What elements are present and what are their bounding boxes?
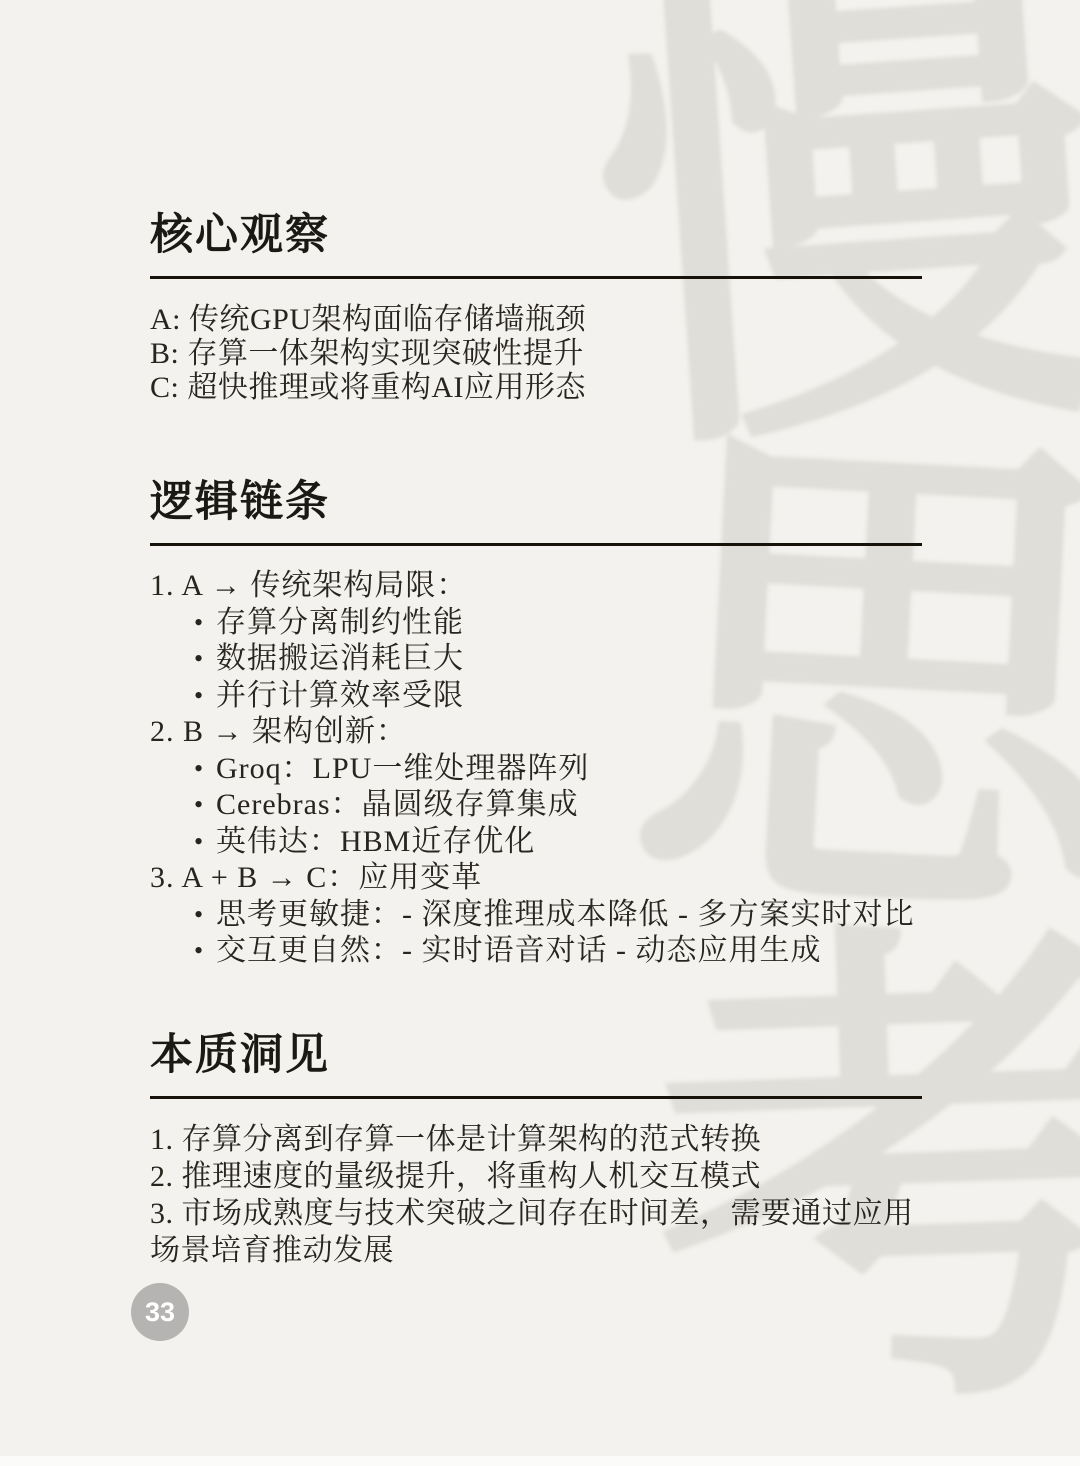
section-divider	[150, 1096, 922, 1099]
page-number: 33	[145, 1297, 175, 1328]
bullet-icon: •	[194, 751, 204, 788]
bullet-item: •Cerebras：晶圆级存算集成	[150, 787, 930, 824]
section-body: 1. A → 传统架构局限：•存算分离制约性能•数据搬运消耗巨大•并行计算效率受…	[150, 568, 930, 970]
section-essential-insights: 本质洞见 1. 存算分离到存算一体是计算架构的范式转换2. 推理速度的量级提升，…	[150, 1032, 930, 1269]
list-item: 1. A → 传统架构局限：	[150, 568, 930, 605]
section-logic-chain: 逻辑链条 1. A → 传统架构局限：•存算分离制约性能•数据搬运消耗巨大•并行…	[150, 479, 930, 970]
list-item: 2. 推理速度的量级提升，将重构人机交互模式	[150, 1158, 930, 1195]
bullet-item: •Groq：LPU一维处理器阵列	[150, 751, 930, 788]
section-divider	[150, 276, 922, 279]
bullet-item: •英伟达：HBM近存优化	[150, 824, 930, 861]
section-title: 逻辑链条	[150, 479, 930, 527]
bullet-item: •交互更自然：- 实时语音对话 - 动态应用生成	[150, 933, 930, 970]
bullet-icon: •	[194, 678, 204, 715]
section-divider	[150, 543, 922, 546]
bullet-item: •数据搬运消耗巨大	[150, 641, 930, 678]
bullet-item: •思考更敏捷：- 深度推理成本降低 - 多方案实时对比	[150, 897, 930, 934]
list-item: B: 存算一体架构实现突破性提升	[150, 337, 930, 371]
list-item: 2. B → 架构创新：	[150, 714, 930, 751]
section-core-observations: 核心观察 A: 传统GPU架构面临存储墙瓶颈B: 存算一体架构实现突破性提升C:…	[150, 212, 930, 405]
page-number-badge: 33	[131, 1283, 189, 1341]
page-bottom-edge	[0, 1456, 1080, 1466]
document-page: 慢思考 核心观察 A: 传统GPU架构面临存储墙瓶颈B: 存算一体架构实现突破性…	[0, 0, 1080, 1466]
section-title: 核心观察	[150, 212, 930, 260]
list-item: 1. 存算分离到存算一体是计算架构的范式转换	[150, 1121, 930, 1158]
bullet-item: •存算分离制约性能	[150, 605, 930, 642]
list-item: A: 传统GPU架构面临存储墙瓶颈	[150, 303, 930, 337]
bullet-item: •并行计算效率受限	[150, 678, 930, 715]
bullet-icon: •	[194, 933, 204, 970]
section-body: 1. 存算分离到存算一体是计算架构的范式转换2. 推理速度的量级提升，将重构人机…	[150, 1121, 930, 1269]
list-item: C: 超快推理或将重构AI应用形态	[150, 371, 930, 405]
list-item: 3. 市场成熟度与技术突破之间存在时间差，需要通过应用场景培育推动发展	[150, 1195, 930, 1269]
bullet-icon: •	[194, 824, 204, 861]
bullet-icon: •	[194, 897, 204, 934]
section-body: A: 传统GPU架构面临存储墙瓶颈B: 存算一体架构实现突破性提升C: 超快推理…	[150, 303, 930, 405]
page-content: 核心观察 A: 传统GPU架构面临存储墙瓶颈B: 存算一体架构实现突破性提升C:…	[150, 0, 930, 1269]
list-item: 3. A + B → C：应用变革	[150, 860, 930, 897]
bullet-icon: •	[194, 787, 204, 824]
section-title: 本质洞见	[150, 1032, 930, 1080]
bullet-icon: •	[194, 605, 204, 642]
bullet-icon: •	[194, 641, 204, 678]
